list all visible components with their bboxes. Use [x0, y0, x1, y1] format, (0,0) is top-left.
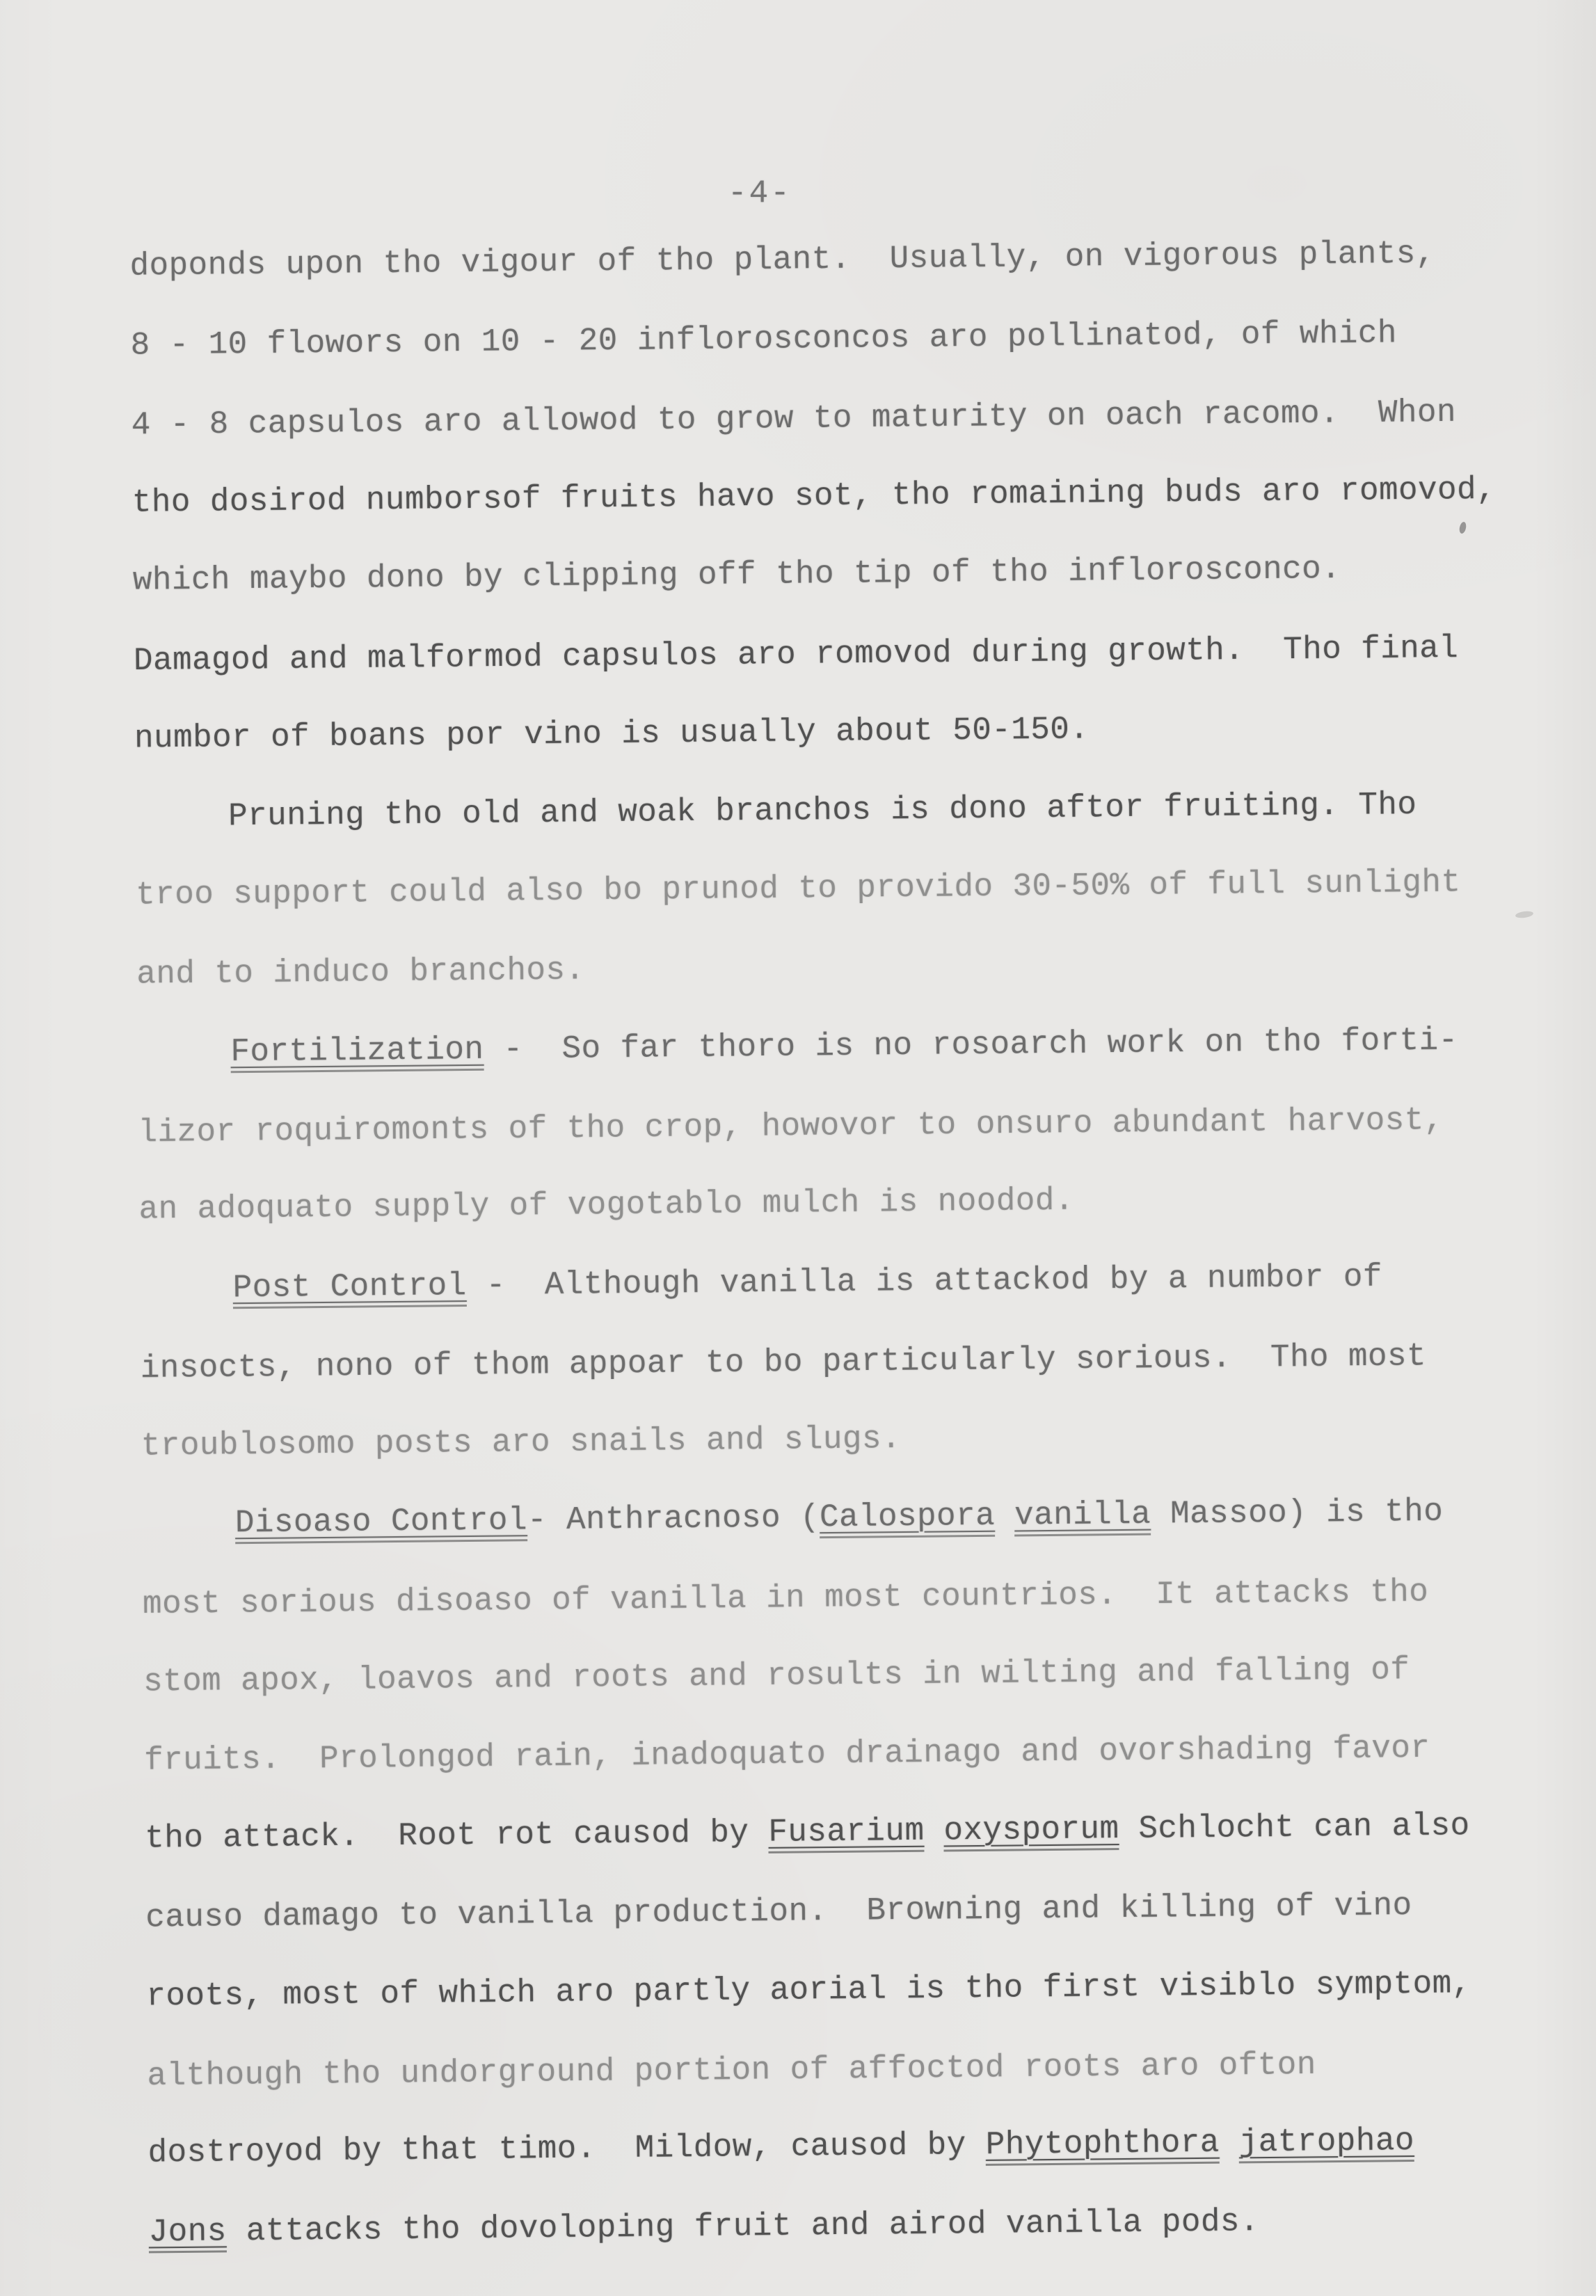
- text-segment: most sorious disoaso of vanilla in most …: [143, 1574, 1429, 1623]
- text-line: fruits. Prolongod rain, inadoquato drain…: [144, 1708, 1536, 1800]
- text-segment: causo damago to vanilla production. Brow…: [145, 1888, 1412, 1936]
- text-segment: Massoo) is tho: [1151, 1494, 1444, 1533]
- text-segment: troublosomo posts aro snails and slugs.: [141, 1421, 902, 1464]
- text-line: insocts, nono of thom appoar to bo parti…: [140, 1316, 1532, 1408]
- text-line: which maybo dono by clipping off tho tip…: [132, 528, 1524, 620]
- text-segment: tho dosirod numborsof fruits havo sot, t…: [132, 472, 1497, 521]
- text-line: causo damago to vanilla production. Brow…: [145, 1865, 1538, 1957]
- text-line: Post Control - Although vanilla is attac…: [139, 1236, 1531, 1328]
- text-line: troublosomo posts aro snails and slugs.: [141, 1394, 1533, 1485]
- page-number: -4-: [728, 175, 792, 212]
- text-segment: Pruning tho old and woak branchos is don…: [228, 787, 1417, 834]
- text-line: stom apox, loavos and roots and rosults …: [143, 1629, 1535, 1721]
- text-line: numbor of boans por vino is usually abou…: [134, 686, 1526, 778]
- text-line: roots, most of which aro partly aorial i…: [146, 1944, 1538, 2036]
- text-line: Fortilization - So far thoro is no rosoa…: [137, 1000, 1529, 1092]
- text-line: tho attack. Root rot causod by Fusarium …: [145, 1786, 1537, 1878]
- text-line: although tho undorground portion of affo…: [147, 2024, 1539, 2116]
- text-segment: which maybo dono by clipping off tho tip…: [133, 551, 1341, 599]
- document-text-block: doponds upon tho vigour of tho plant. Us…: [129, 214, 1540, 2272]
- text-segment: Schlocht can also: [1119, 1808, 1470, 1847]
- underlined-term: Fortilization: [230, 1032, 484, 1073]
- underlined-term: Fusarium: [768, 1813, 925, 1853]
- text-line: 8 - 10 flowors on 10 - 20 inflorosconcos…: [130, 293, 1522, 385]
- text-segment: doponds upon tho vigour of tho plant. Us…: [129, 236, 1435, 285]
- text-segment: 8 - 10 flowors on 10 - 20 inflorosconcos…: [130, 315, 1397, 363]
- text-line: Jons attacks tho dovoloping fruit and ai…: [148, 2180, 1540, 2272]
- underlined-term: Post Control: [232, 1268, 467, 1309]
- text-lines: doponds upon tho vigour of tho plant. Us…: [129, 214, 1540, 2272]
- text-segment: [924, 1812, 944, 1849]
- underlined-term: Disoaso Control: [235, 1502, 528, 1544]
- text-segment: fruits. Prolongod rain, inadoquato drain…: [144, 1730, 1430, 1779]
- text-line: dostroyod by that timo. Mildow, causod b…: [147, 2100, 1540, 2192]
- text-segment: insocts, nono of thom appoar to bo parti…: [141, 1338, 1427, 1387]
- text-line: troo support could also bo prunod to pro…: [136, 843, 1528, 934]
- text-segment: troo support could also bo prunod to pro…: [136, 864, 1461, 913]
- text-segment: - Anthracnoso (: [527, 1499, 820, 1538]
- underlined-term: jatrophao: [1239, 2123, 1415, 2163]
- scanned-document-page: -4- doponds upon tho vigour of tho plant…: [0, 0, 1596, 2296]
- underlined-term: Phytophthora: [986, 2125, 1220, 2166]
- text-segment: although tho undorground portion of affo…: [147, 2047, 1316, 2094]
- text-segment: tho attack. Root rot causod by: [145, 1815, 769, 1857]
- underlined-term: Calospora: [820, 1498, 996, 1538]
- text-line: doponds upon tho vigour of tho plant. Us…: [129, 214, 1522, 305]
- underlined-term: oxysporum: [943, 1811, 1119, 1851]
- text-segment: and to induco branchos.: [136, 952, 585, 992]
- text-line: 4 - 8 capsulos aro allowod to grow to ma…: [131, 373, 1523, 465]
- text-segment: numbor of boans por vino is usually abou…: [134, 711, 1090, 756]
- text-segment: - So far thoro is no rosoarch work on th…: [484, 1022, 1458, 1067]
- text-segment: - Although vanilla is attackod by a numb…: [466, 1259, 1382, 1304]
- text-segment: roots, most of which aro partly aorial i…: [146, 1966, 1471, 2014]
- underlined-term: vanilla: [1014, 1497, 1151, 1537]
- text-segment: lizor roquiromonts of tho crop, howovor …: [138, 1102, 1444, 1151]
- text-segment: [995, 1497, 1015, 1533]
- text-segment: Damagod and malformod capsulos aro romov…: [134, 630, 1459, 679]
- text-segment: an adoquato supply of vogotablo mulch is…: [138, 1183, 1074, 1228]
- text-line: lizor roquiromonts of tho crop, howovor …: [138, 1081, 1530, 1172]
- text-segment: stom apox, loavos and roots and rosults …: [143, 1652, 1410, 1700]
- text-segment: dostroyod by that timo. Mildow, causod b…: [147, 2127, 986, 2171]
- text-line: and to induco branchos.: [136, 922, 1529, 1014]
- text-line: Disoaso Control- Anthracnoso (Calospora …: [141, 1472, 1533, 1563]
- text-line: Damagod and malformod capsulos aro romov…: [133, 609, 1525, 701]
- underlined-term: Jons: [148, 2213, 227, 2253]
- text-line: Pruning tho old and woak branchos is don…: [135, 765, 1527, 856]
- text-segment: 4 - 8 capsulos aro allowod to grow to ma…: [131, 394, 1457, 443]
- text-line: an adoquato supply of vogotablo mulch is…: [138, 1157, 1531, 1249]
- text-line: most sorious disoaso of vanilla in most …: [143, 1552, 1535, 1644]
- text-segment: [1220, 2124, 1240, 2160]
- text-line: tho dosirod numborsof fruits havo sot, t…: [131, 450, 1524, 542]
- text-segment: attacks tho dovoloping fruit and airod v…: [226, 2203, 1259, 2249]
